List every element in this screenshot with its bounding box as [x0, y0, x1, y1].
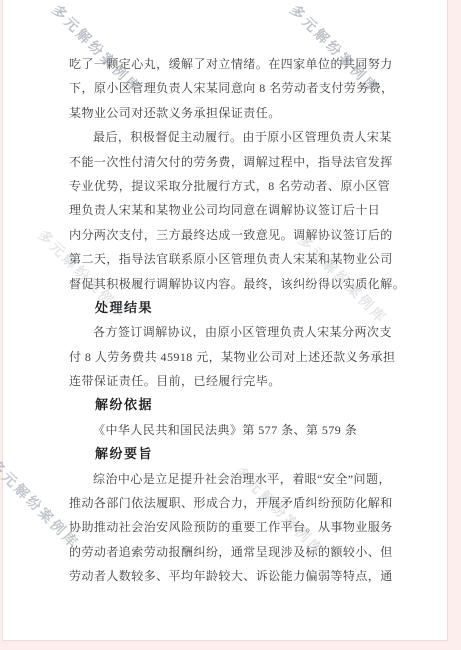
- text-line: 理负责人宋某和某物业公司均同意在调解协议签订后十日: [69, 198, 397, 222]
- document-page: 吃了一颗定心丸，缓解了对立情绪。在四家单位的共同努力下，原小区管理负责人宋某同意…: [2, 0, 448, 641]
- text-line: 某物业公司对还款义务承担保证责任。: [69, 101, 397, 125]
- text-line: 吃了一颗定心丸，缓解了对立情绪。在四家单位的共同努力: [69, 52, 397, 76]
- heading-processing-result: 处理结果: [69, 296, 397, 320]
- document-content: 吃了一颗定心丸，缓解了对立情绪。在四家单位的共同努力下，原小区管理负责人宋某同意…: [69, 52, 397, 589]
- text-line: 督促其积极履行调解协议内容。最终，该纠纷得以实质化解。: [69, 272, 397, 296]
- heading-resolution-gist: 解纷要旨: [69, 442, 397, 466]
- text-line: 综治中心是立足提升社会治理水平，着眼“安全”问题，: [69, 467, 397, 491]
- text-line: 各方签订调解协议，由原小区管理负责人宋某分两次支: [69, 320, 397, 344]
- text-line: 连带保证责任。目前，已经履行完毕。: [69, 369, 397, 393]
- text-line: 不能一次性付清欠付的劳务费，调解过程中，指导法官发挥: [69, 150, 397, 174]
- text-line: 第二天，指导法官联系原小区管理负责人宋某和某物业公司: [69, 247, 397, 271]
- text-line: 付 8 人劳务费共 45918 元，某物业公司对上述还款义务承担: [69, 345, 397, 369]
- document-viewer: 吃了一颗定心丸，缓解了对立情绪。在四家单位的共同努力下，原小区管理负责人宋某同意…: [0, 0, 461, 650]
- heading-resolution-basis: 解纷依据: [69, 393, 397, 417]
- text-line: 专业优势，提议采取分批履行方式，8 名劳动者、原小区管: [69, 174, 397, 198]
- text-line: 《中华人民共和国民法典》第 577 条、第 579 条: [69, 418, 397, 442]
- text-line: 推动各部门依法履职、形成合力，开展矛盾纠纷预防化解和: [69, 491, 397, 515]
- text-line: 内分两次支付，三方最终达成一致意见。调解协议签订后的: [69, 223, 397, 247]
- text-line: 下，原小区管理负责人宋某同意向 8 名劳动者支付劳务费，: [69, 76, 397, 100]
- text-line: 最后，积极督促主动履行。由于原小区管理负责人宋某: [69, 125, 397, 149]
- text-line: 的劳动者追索劳动报酬纠纷，通常呈现涉及标的额较小、但: [69, 540, 397, 564]
- text-line: 劳动者人数较多、平均年龄较大、诉讼能力偏弱等特点，通: [69, 564, 397, 588]
- text-line: 协助推动社会治安风险预防的重要工作平台。从事物业服务: [69, 515, 397, 539]
